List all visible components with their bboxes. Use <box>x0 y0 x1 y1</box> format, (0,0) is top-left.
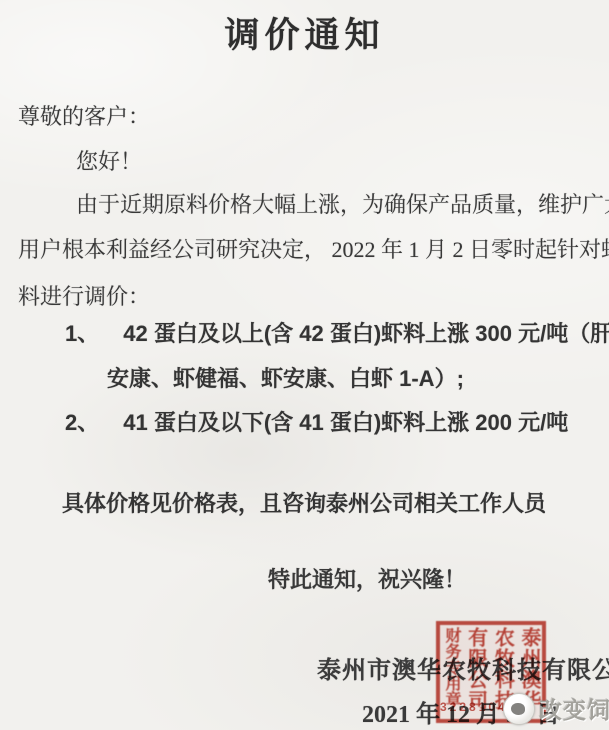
stamp-serial-number: 3228104 <box>440 700 508 714</box>
list-item-2: 2、41 蛋白及以下(含 41 蛋白)虾料上涨 200 元/吨 <box>65 406 568 437</box>
paragraph-line-2: 用户根本利益经公司研究决定， 2022 年 1 月 2 日零时起针对虾 <box>18 233 609 264</box>
list-item-1-text: 42 蛋白及以上(含 42 蛋白)虾料上涨 300 元/吨（肝肠 <box>123 321 609 346</box>
greeting: 您好！ <box>76 145 142 176</box>
closing-line: 特此通知，祝兴隆！ <box>268 563 466 594</box>
list-item-1: 1、42 蛋白及以上(含 42 蛋白)虾料上涨 300 元/吨（肝肠 <box>65 317 609 348</box>
watermark: 改变饲界 <box>503 692 609 725</box>
page-title: 调价通知 <box>0 8 609 58</box>
list-item-1-number: 1、 <box>65 317 99 348</box>
list-item-2-text: 41 蛋白及以下(含 41 蛋白)虾料上涨 200 元/吨 <box>123 410 568 435</box>
note-line: 具体价格见价格表，且咨询泰州公司相关工作人员 <box>62 487 546 518</box>
paragraph-line-3: 料进行调价： <box>18 280 150 311</box>
watermark-text: 改变饲界 <box>539 692 609 725</box>
list-item-1-continued: 安康、虾健福、虾安康、白虾 1-A）; <box>107 362 464 393</box>
salutation: 尊敬的客户： <box>18 100 150 131</box>
list-item-2-number: 2、 <box>65 406 99 437</box>
watermark-logo-icon <box>503 693 535 725</box>
notice-document: 调价通知 尊敬的客户： 您好！ 由于近期原料价格大幅上涨，为确保产品质量，维护广… <box>0 0 609 730</box>
paragraph-line-1: 由于近期原料价格大幅上涨，为确保产品质量，维护广大 <box>76 188 609 219</box>
